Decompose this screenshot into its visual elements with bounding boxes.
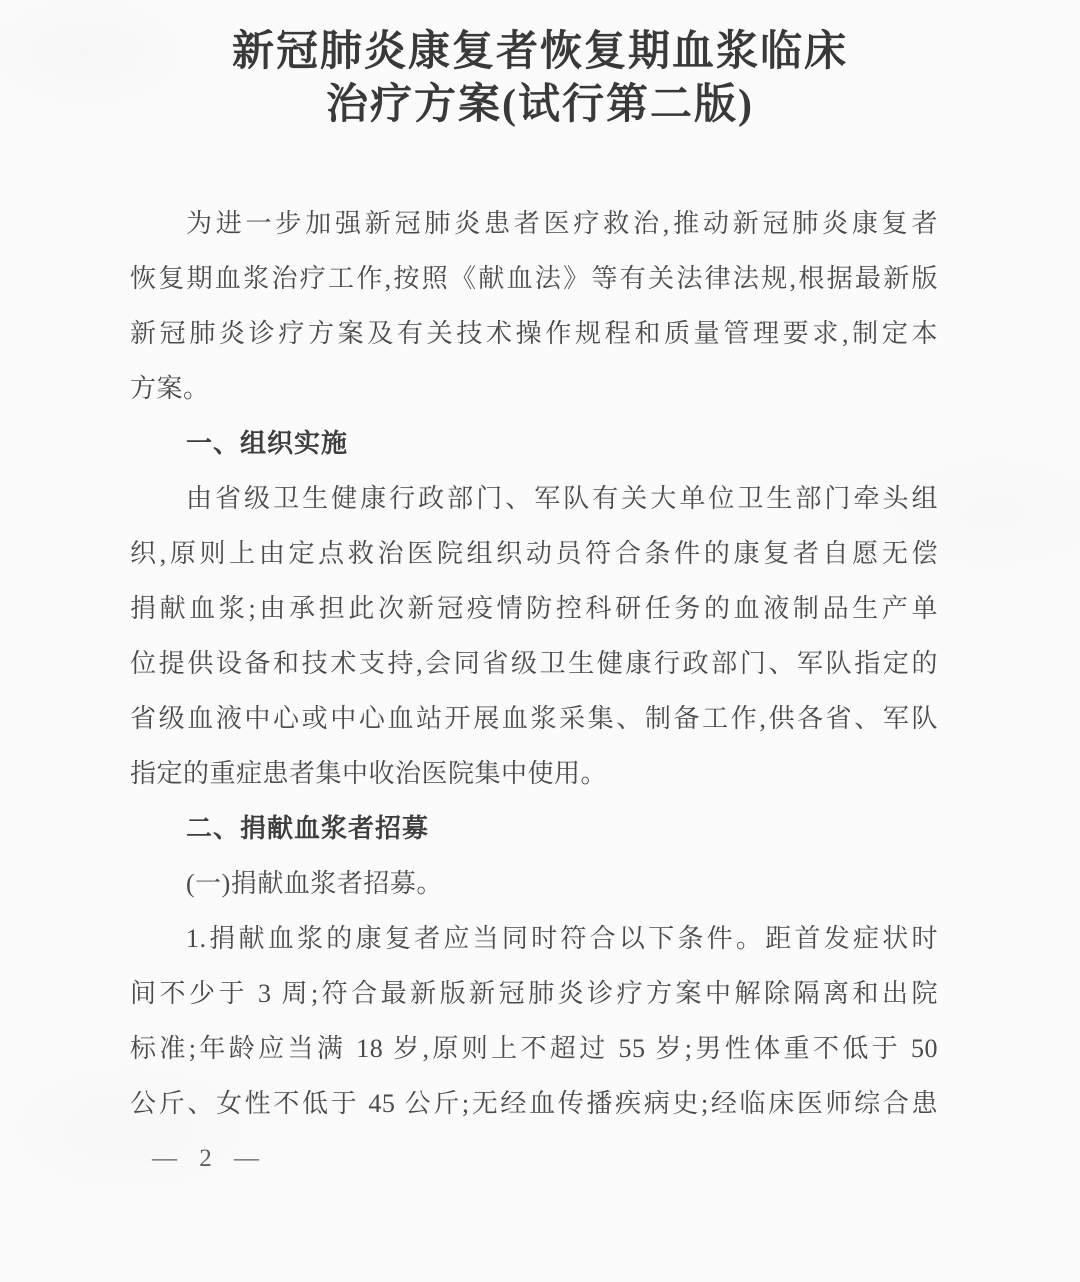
document-line: 方案。	[130, 361, 938, 416]
document-title-line-1: 新冠肺炎康复者恢复期血浆临床	[0, 26, 1080, 79]
document-line: 公斤、女性不低于 45 公斤;无经血传播疾病史;经临床医师综合患	[130, 1076, 938, 1131]
document-line: 1.捐献血浆的康复者应当同时符合以下条件。距首发症状时	[130, 911, 938, 966]
document-line: (一)捐献血浆者招募。	[130, 856, 938, 911]
section-heading: 一、组织实施	[130, 416, 938, 471]
section-heading: 二、捐献血浆者招募	[130, 801, 938, 856]
document-title-line-2: 治疗方案(试行第二版)	[0, 79, 1080, 132]
document-body: 为进一步加强新冠肺炎患者医疗救治,推动新冠肺炎康复者恢复期血浆治疗工作,按照《献…	[130, 196, 938, 1131]
document-line: 间不少于 3 周;符合最新版新冠肺炎诊疗方案中解除隔离和出院	[130, 966, 938, 1021]
document-title: 新冠肺炎康复者恢复期血浆临床 治疗方案(试行第二版)	[0, 0, 1080, 132]
document-line: 位提供设备和技术支持,会同省级卫生健康行政部门、军队指定的	[130, 636, 938, 691]
document-line: 标准;年龄应当满 18 岁,原则上不超过 55 岁;男性体重不低于 50	[130, 1021, 938, 1076]
scanned-document-page: 新冠肺炎康复者恢复期血浆临床 治疗方案(试行第二版) 为进一步加强新冠肺炎患者医…	[0, 0, 1080, 1282]
document-line: 省级血液中心或中心血站开展血浆采集、制备工作,供各省、军队	[130, 691, 938, 746]
page-number: — 2 —	[152, 1131, 938, 1186]
document-line: 为进一步加强新冠肺炎患者医疗救治,推动新冠肺炎康复者	[130, 196, 938, 251]
document-line: 织,原则上由定点救治医院组织动员符合条件的康复者自愿无偿	[130, 526, 938, 581]
document-line: 新冠肺炎诊疗方案及有关技术操作规程和质量管理要求,制定本	[130, 306, 938, 361]
document-line: 指定的重症患者集中收治医院集中使用。	[130, 746, 938, 801]
document-line: 由省级卫生健康行政部门、军队有关大单位卫生部门牵头组	[130, 471, 938, 526]
document-line: 捐献血浆;由承担此次新冠疫情防控科研任务的血液制品生产单	[130, 581, 938, 636]
document-line: 恢复期血浆治疗工作,按照《献血法》等有关法律法规,根据最新版	[130, 251, 938, 306]
